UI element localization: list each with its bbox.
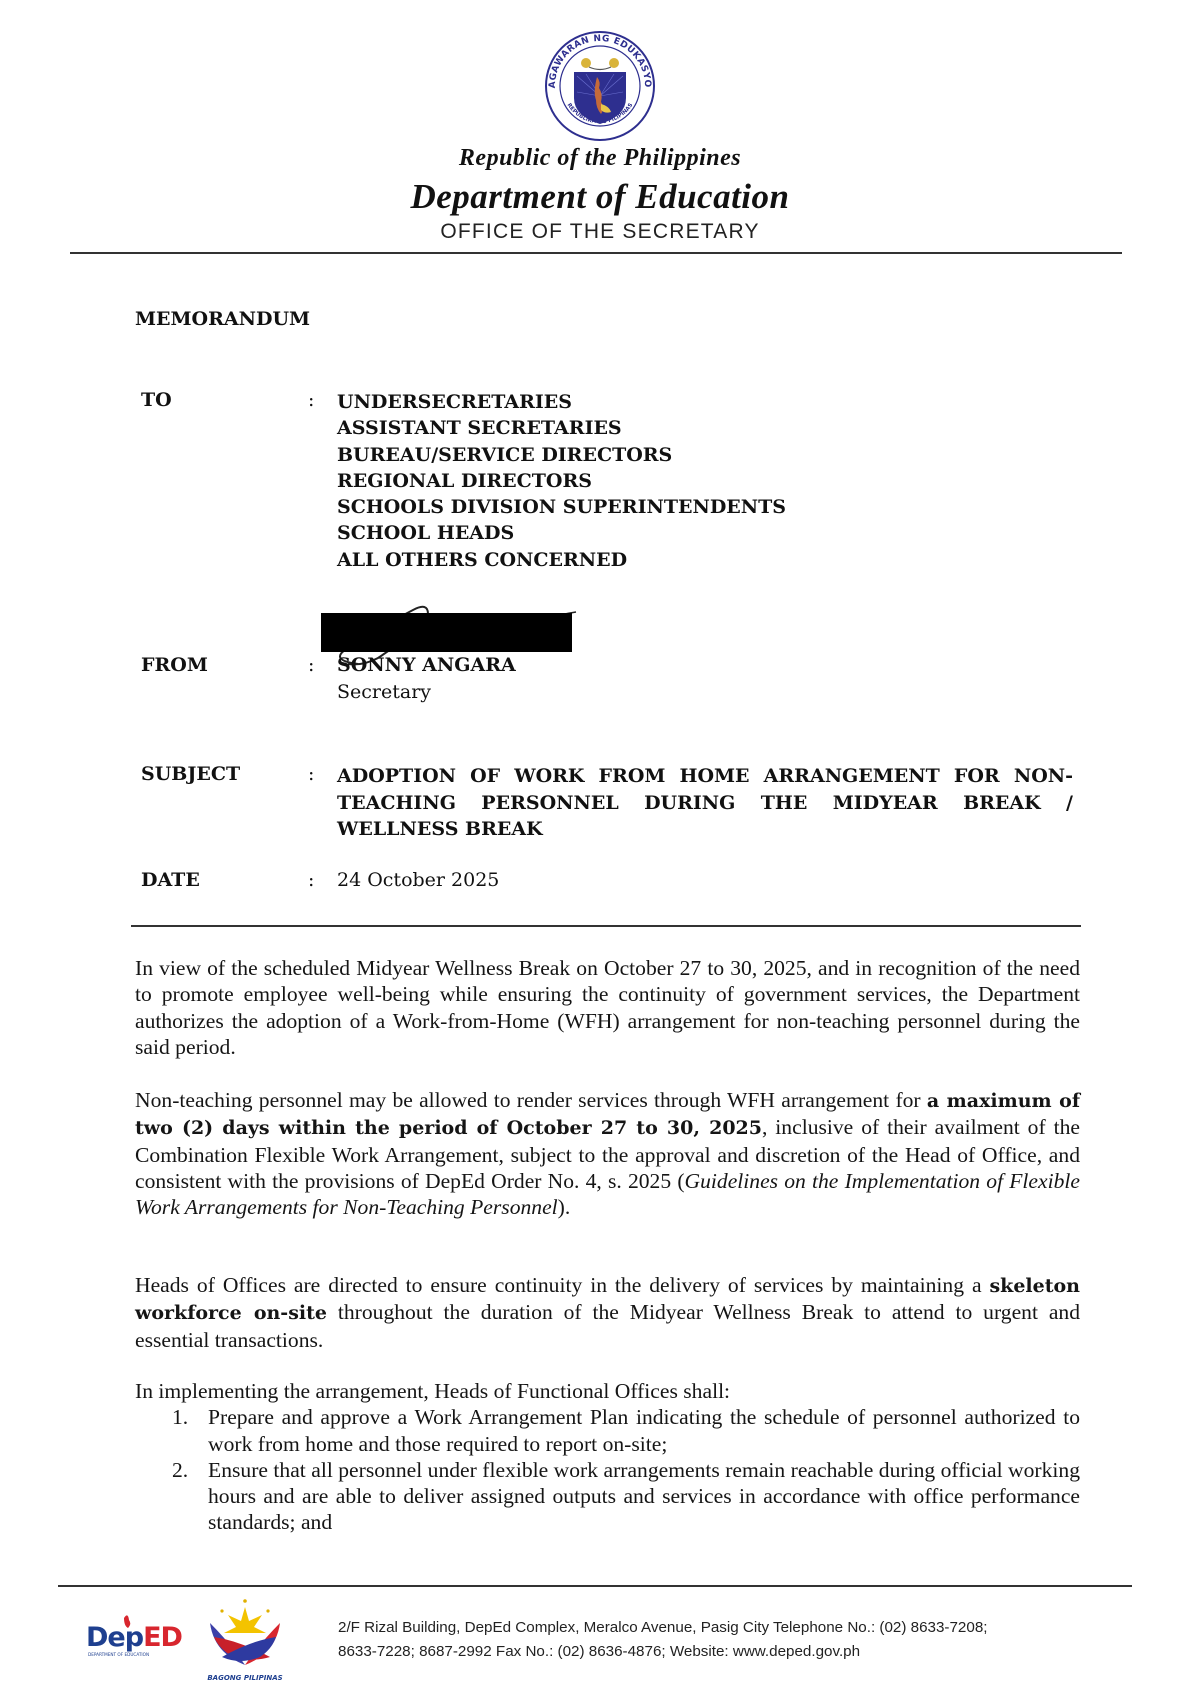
deped-logo: DepED DEPARTMENT OF EDUCATION: [86, 1612, 182, 1660]
from-title: Secretary: [337, 681, 431, 703]
footer-contact: 2/F Rizal Building, DepEd Complex, Meral…: [338, 1616, 988, 1664]
deped-seal-logo: KAGAWARAN NG EDUKASYON REPUBLIKA NG PILI…: [541, 30, 659, 142]
body-paragraph-1: In view of the scheduled Midyear Wellnes…: [135, 955, 1080, 1060]
body-paragraph-2: Non-teaching personnel may be allowed to…: [135, 1087, 1080, 1220]
subject-label: SUBJECT: [141, 763, 240, 785]
recipient: ASSISTANT SECRETARIES: [337, 415, 786, 441]
recipient: REGIONAL DIRECTORS: [337, 468, 786, 494]
p2-text: ).: [558, 1195, 571, 1219]
memo-divider: [131, 925, 1081, 927]
to-colon: :: [308, 389, 314, 411]
recipient: SCHOOL HEADS: [337, 520, 786, 546]
p2-text: Non-teaching personnel may be allowed to…: [135, 1088, 927, 1112]
implementation-intro: In implementing the arrangement, Heads o…: [135, 1378, 1080, 1404]
svg-text:DEPARTMENT OF EDUCATION: DEPARTMENT OF EDUCATION: [88, 1652, 149, 1657]
from-label: FROM: [141, 654, 208, 676]
body-paragraph-3: Heads of Offices are directed to ensure …: [135, 1272, 1080, 1353]
office-heading: OFFICE OF THE SECRETARY: [0, 220, 1200, 244]
list-number: 2.: [172, 1457, 188, 1483]
recipient: ALL OTHERS CONCERNED: [337, 547, 786, 573]
recipient: BUREAU/SERVICE DIRECTORS: [337, 442, 786, 468]
footer-divider: [58, 1585, 1132, 1587]
department-heading: Department of Education: [0, 177, 1200, 217]
from-colon: :: [308, 654, 314, 676]
implementation-list: 1.Prepare and approve a Work Arrangement…: [208, 1404, 1080, 1535]
recipient: SCHOOLS DIVISION SUPERINTENDENTS: [337, 494, 786, 520]
signature-redaction: [321, 613, 572, 652]
list-text: Prepare and approve a Work Arrangement P…: [208, 1405, 1080, 1455]
header-divider: [70, 252, 1122, 254]
recipient: UNDERSECRETARIES: [337, 389, 786, 415]
bagong-pilipinas-logo: BAGONG PILIPINAS: [200, 1593, 290, 1683]
p3-text: Heads of Offices are directed to ensure …: [135, 1273, 989, 1297]
date-label: DATE: [141, 869, 200, 891]
implementation-section: In implementing the arrangement, Heads o…: [135, 1378, 1080, 1536]
list-item: 2.Ensure that all personnel under flexib…: [208, 1457, 1080, 1536]
list-item: 1.Prepare and approve a Work Arrangement…: [208, 1404, 1080, 1457]
date-colon: :: [308, 869, 314, 891]
republic-heading: Republic of the Philippines: [0, 145, 1200, 172]
footer-address-line-1: 2/F Rizal Building, DepEd Complex, Meral…: [338, 1616, 988, 1640]
date-value: 24 October 2025: [337, 869, 499, 891]
footer-address-line-2: 8633-7228; 8687-2992 Fax No.: (02) 8636-…: [338, 1640, 988, 1664]
memo-title: MEMORANDUM: [135, 308, 310, 330]
to-label: TO: [141, 389, 172, 411]
list-number: 1.: [172, 1404, 188, 1430]
subject-colon: :: [308, 763, 314, 785]
svg-text:DepED: DepED: [86, 1622, 182, 1653]
recipients-list: UNDERSECRETARIES ASSISTANT SECRETARIES B…: [337, 389, 786, 573]
subject-text: ADOPTION OF WORK FROM HOME ARRANGEMENT F…: [337, 763, 1073, 843]
list-text: Ensure that all personnel under flexible…: [208, 1458, 1080, 1535]
svg-text:BAGONG PILIPINAS: BAGONG PILIPINAS: [207, 1674, 282, 1682]
from-name: SONNY ANGARA: [337, 654, 516, 676]
